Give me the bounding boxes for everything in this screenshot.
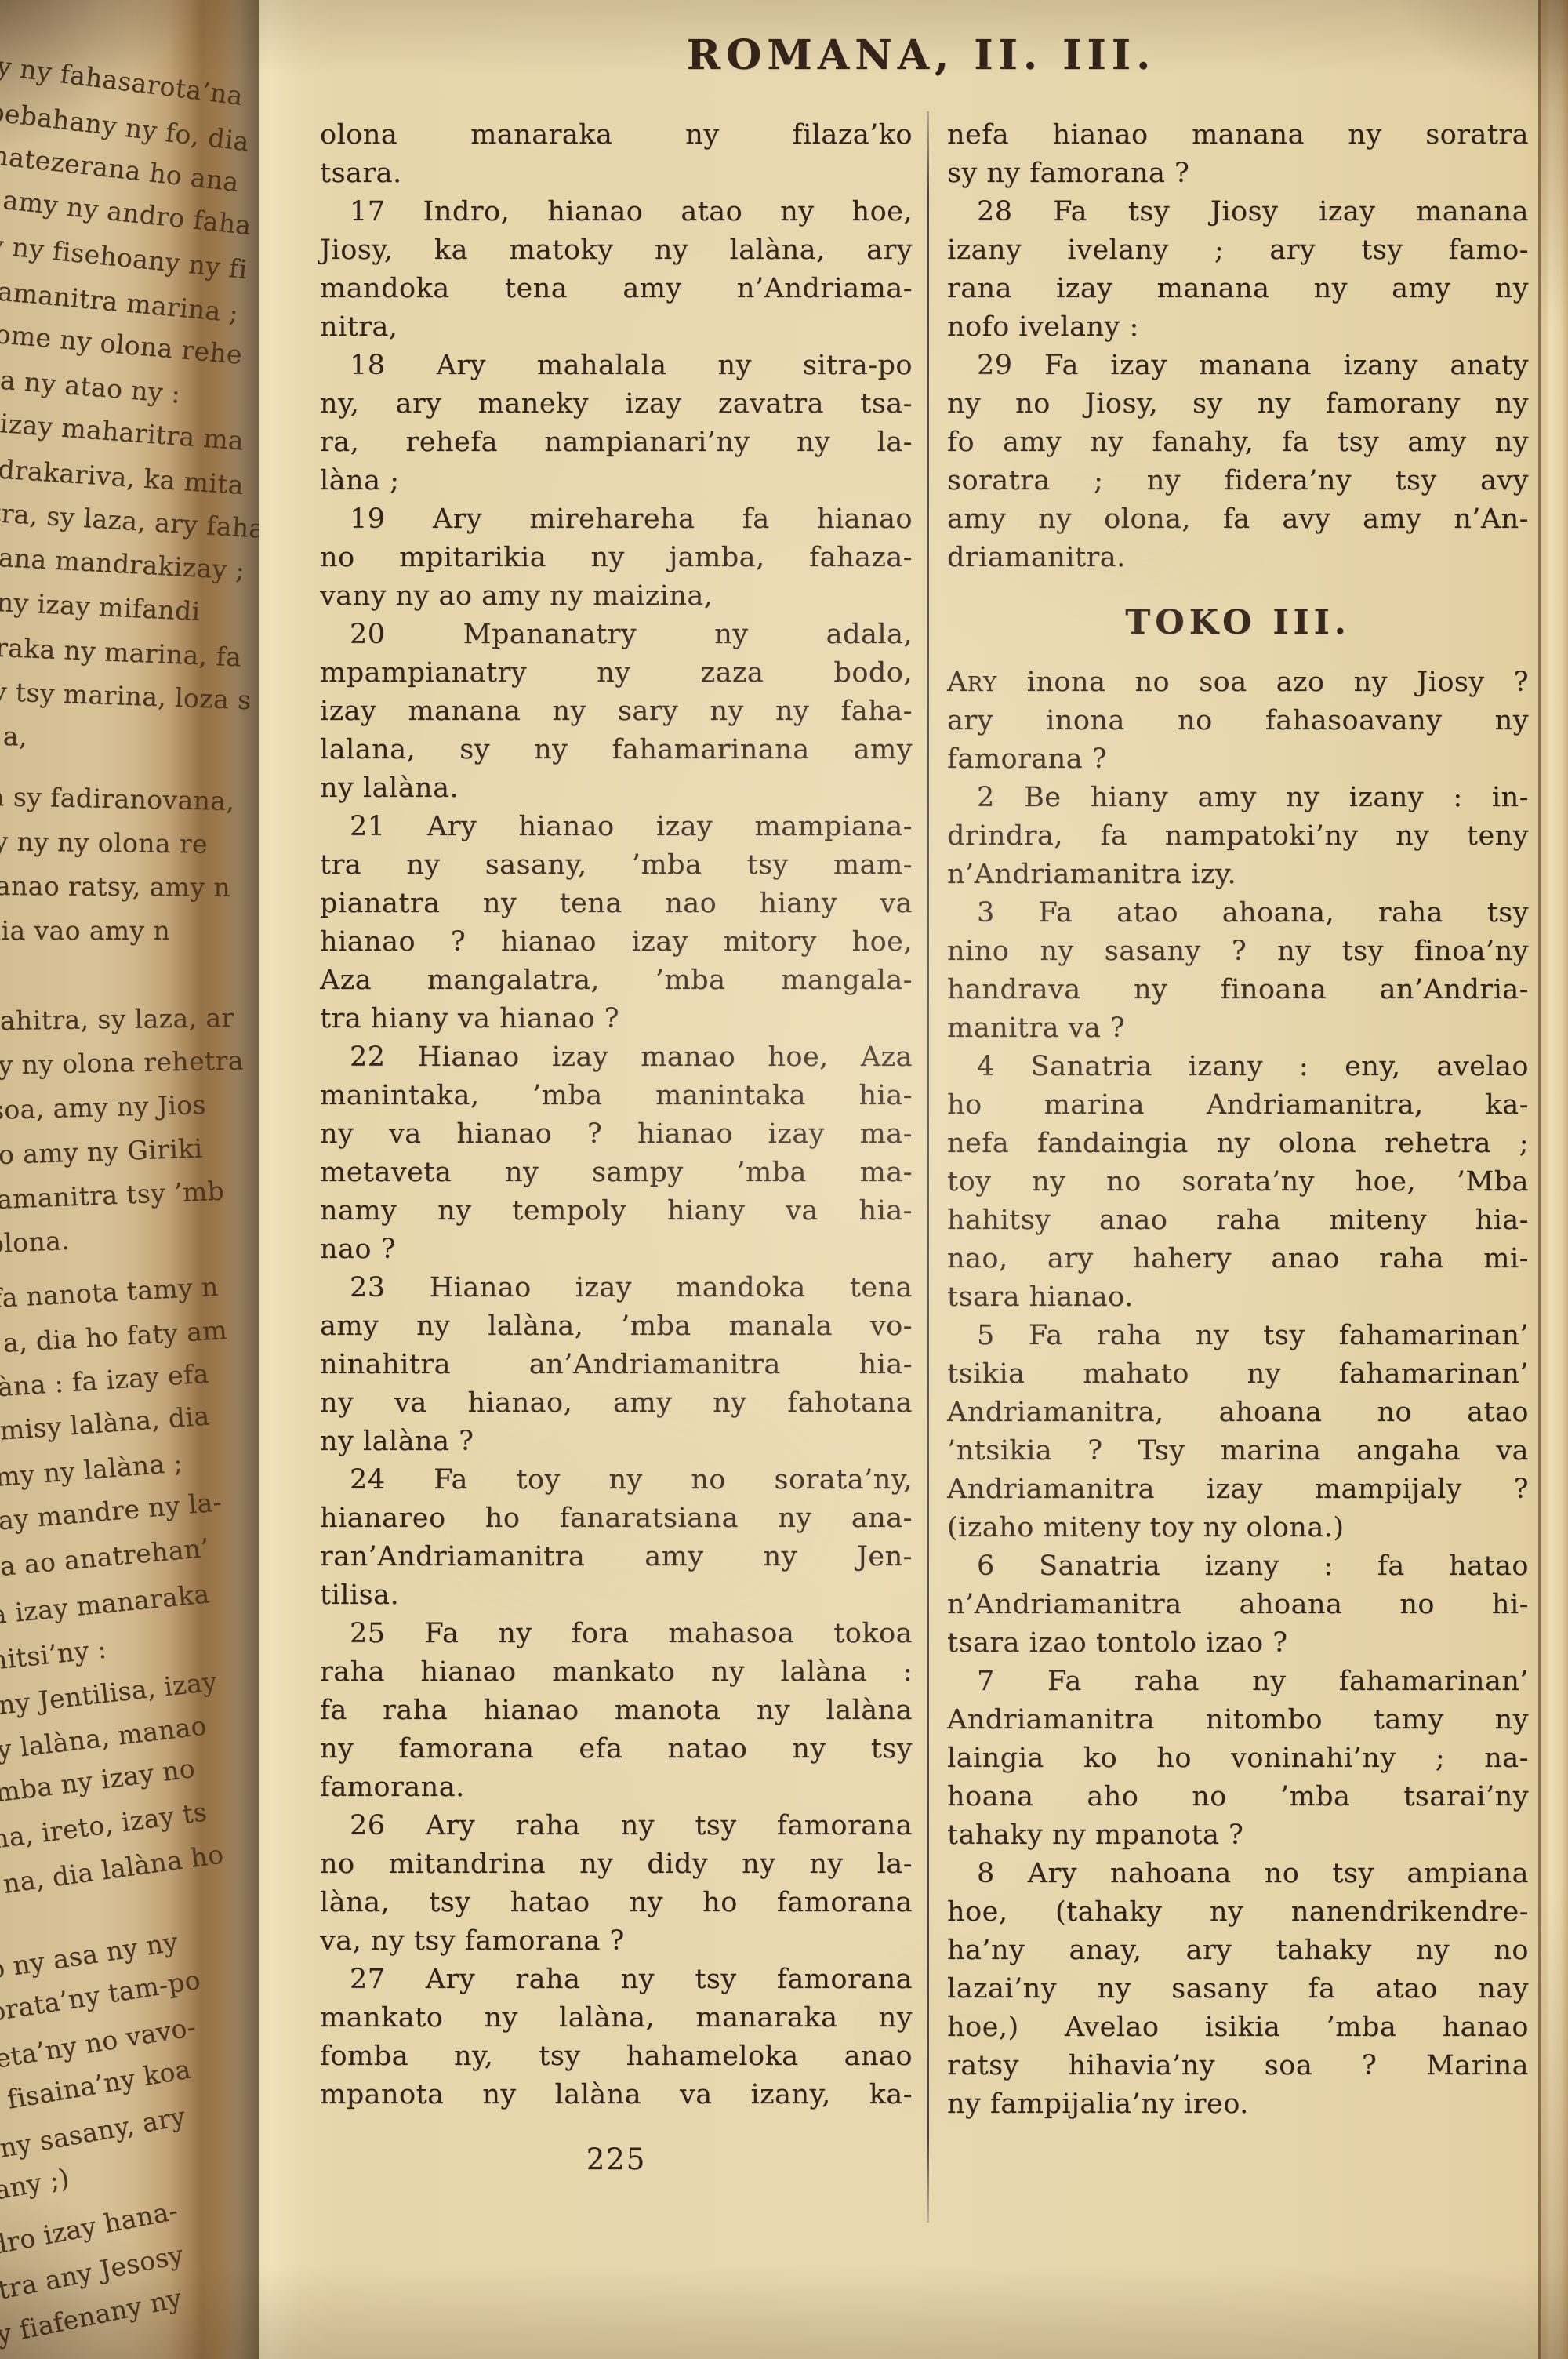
verse-start-line: 4 Sanatria izany : eny, avelao xyxy=(947,1048,1529,1086)
verse-start-line: 17 Indro, hianao atao ny hoe, xyxy=(320,193,913,231)
text-line: sy ny famorana ? xyxy=(947,154,1529,193)
verse-start-line: 29 Fa izay manana izany anaty xyxy=(947,347,1529,385)
text-line: n’Andriamanitra izy. xyxy=(947,856,1529,894)
text-line: drindra, fa nampatoki’ny ny teny xyxy=(947,817,1529,856)
text-line: ARY inona no soa azo ny Jiosy ? xyxy=(947,663,1529,702)
verse-start-line: 27 Ary raha ny tsy famorana xyxy=(320,1961,913,1999)
text-line: manitra va ? xyxy=(947,1009,1529,1048)
text-line: Andriamanitra nitombo tamy ny xyxy=(947,1701,1529,1739)
text-line: lalana, sy ny fahamarinana amy xyxy=(320,731,913,769)
text-line: ny no Jiosy, sy ny famorany ny xyxy=(947,385,1529,423)
left-column: olona manaraka ny filaza’kotsara.17 Indr… xyxy=(320,116,913,2114)
text-line: mpampianatry ny zaza bodo, xyxy=(320,654,913,692)
verse-start-line: 26 Ary raha ny tsy famorana xyxy=(320,1807,913,1845)
text-line: hahitsy anao raha miteny hia- xyxy=(947,1201,1529,1240)
text-line: tilisa. xyxy=(320,1576,913,1615)
text-line: n’Andriamanitra ahoana no hi- xyxy=(947,1586,1529,1624)
text-line: mankato ny lalàna, manaraka ny xyxy=(320,1999,913,2037)
text-line: nefa hianao manana ny soratra xyxy=(947,116,1529,154)
verse-start-line: 22 Hianao izay manao hoe, Aza xyxy=(320,1038,913,1077)
text-line: no mitandrina ny didy ny ny la- xyxy=(320,1845,913,1884)
verse-start-line: 2 Be hiany amy ny izany : in- xyxy=(947,779,1529,817)
text-line: ny va hianao, amy ny fahotana xyxy=(320,1384,913,1423)
text-line: driamanitra. xyxy=(947,539,1529,577)
text-line: raha hianao mankato ny lalàna : xyxy=(320,1653,913,1692)
text-line: ’ntsikia ? Tsy marina angaha va xyxy=(947,1432,1529,1470)
gutter-page-curl: y ny fahasarota’naibebahany ny fo, diaha… xyxy=(0,0,259,2359)
text-line: (izaho miteny toy ny olona.) xyxy=(947,1509,1529,1547)
verse-start-line: 25 Fa ny fora mahasoa tokoa xyxy=(320,1615,913,1653)
page-header: ROMANA, II. III. xyxy=(314,31,1529,79)
verse-start-line: 24 Fa toy ny no sorata’ny, xyxy=(320,1461,913,1499)
verse-start-line: 23 Hianao izay mandoka tena xyxy=(320,1269,913,1307)
text-line: ny fampijalia’ny ireo. xyxy=(947,2085,1529,2124)
text-line: famorana. xyxy=(320,1768,913,1807)
text-line: hoe, (tahaky ny nanendrikendre- xyxy=(947,1893,1529,1932)
text-line: nefa fandaingia ny olona rehetra ; xyxy=(947,1125,1529,1163)
text-line: famorana ? xyxy=(947,740,1529,779)
text-line: nofo ivelany : xyxy=(947,308,1529,347)
text-line: ny famorana efa natao ny tsy xyxy=(320,1730,913,1768)
page-number: 225 xyxy=(320,2143,913,2176)
page-edge-shading xyxy=(1538,0,1568,2359)
verse-start-line: 20 Mpananatry ny adala, xyxy=(320,616,913,654)
column-divider xyxy=(927,111,929,2223)
text-line: vany ny ao amy ny maizina, xyxy=(320,577,913,616)
text-line: tsara izao tontolo izao ? xyxy=(947,1624,1529,1663)
gutter-fold-shadow xyxy=(0,0,259,2359)
text-line: fo amy ny fanahy, fa tsy amy ny xyxy=(947,423,1529,462)
text-line: ra, rehefa nampianari’ny ny la- xyxy=(320,423,913,462)
text-line: laingia ko ho voninahi’ny ; na- xyxy=(947,1739,1529,1778)
text-line: tsara. xyxy=(320,154,913,193)
book-page: ROMANA, II. III. olona manaraka ny filaz… xyxy=(259,0,1568,2359)
text-line: Aza mangalatra, ’mba mangala- xyxy=(320,961,913,1000)
verse-start-line: 28 Fa tsy Jiosy izay manana xyxy=(947,193,1529,231)
text-line: nino ny sasany ? ny tsy finoa’ny xyxy=(947,932,1529,971)
chapter-heading: TOKO III. xyxy=(947,601,1529,645)
text-line: tsikia mahato ny fahamarinan’ xyxy=(947,1355,1529,1394)
verse-start-line: 6 Sanatria izany : fa hatao xyxy=(947,1547,1529,1586)
text-line: manintaka, ’mba manintaka hia- xyxy=(320,1077,913,1115)
text-line: fomba ny, tsy hahameloka anao xyxy=(320,2037,913,2076)
verse-start-line: 3 Fa atao ahoana, raha tsy xyxy=(947,894,1529,932)
book-photo: y ny fahasarota’naibebahany ny fo, diaha… xyxy=(0,0,1568,2359)
text-line: hianareo ho fanaratsiana ny ana- xyxy=(320,1499,913,1538)
text-line: ny lalàna ? xyxy=(320,1423,913,1461)
text-line: nao ? xyxy=(320,1230,913,1269)
text-line: hoana aho no ’mba tsarai’ny xyxy=(947,1778,1529,1816)
text-line: olona manaraka ny filaza’ko xyxy=(320,116,913,154)
text-line: mandoka tena amy n’Andriama- xyxy=(320,270,913,308)
text-line: va, ny tsy famorana ? xyxy=(320,1922,913,1961)
text-line: tsara hianao. xyxy=(947,1278,1529,1317)
text-line: izay manana ny sary ny ny faha- xyxy=(320,692,913,731)
text-line: làna, tsy hatao ny ho famorana xyxy=(320,1884,913,1922)
text-line: no mpitarikia ny jamba, fahaza- xyxy=(320,539,913,577)
text-line: namy ny tempoly hiany va hia- xyxy=(320,1192,913,1230)
text-line: pianatra ny tena nao hiany va xyxy=(320,885,913,923)
text-line: mpanota ny lalàna va izany, ka- xyxy=(320,2076,913,2114)
text-line: ny lalàna. xyxy=(320,769,913,808)
text-line: tahaky ny mpanota ? xyxy=(947,1816,1529,1855)
verse-start-line: 21 Ary hianao izay mampiana- xyxy=(320,808,913,846)
verse-start-line: 18 Ary mahalala ny sitra-po xyxy=(320,347,913,385)
text-line: ratsy hihavia’ny soa ? Marina xyxy=(947,2047,1529,2085)
text-line: nao, ary hahery anao raha mi- xyxy=(947,1240,1529,1278)
text-line: làna ; xyxy=(320,462,913,500)
text-line: handrava ny finoana an’Andria- xyxy=(947,971,1529,1009)
text-line: toy ny no sorata’ny hoe, ’Mba xyxy=(947,1163,1529,1201)
text-line: ary inona no fahasoavany ny xyxy=(947,702,1529,740)
verse-start-line: 5 Fa raha ny tsy fahamarinan’ xyxy=(947,1317,1529,1355)
text-line: izany ivelany ; ary tsy famo- xyxy=(947,231,1529,270)
text-line: ny, ary maneky izay zavatra tsa- xyxy=(320,385,913,423)
text-line: Andriamanitra izay mampijaly ? xyxy=(947,1470,1529,1509)
text-line: metaveta ny sampy ’mba ma- xyxy=(320,1154,913,1192)
text-line: amy ny olona, fa avy amy n’An- xyxy=(947,500,1529,539)
text-line: ha’ny anay, ary tahaky ny no xyxy=(947,1932,1529,1970)
text-line: hianao ? hianao izay mitory hoe, xyxy=(320,923,913,961)
verse-start-line: 19 Ary mirehareha fa hianao xyxy=(320,500,913,539)
text-line: Andriamanitra, ahoana no atao xyxy=(947,1394,1529,1432)
text-line: tra ny sasany, ’mba tsy mam- xyxy=(320,846,913,885)
text-line: soratra ; ny fidera’ny tsy avy xyxy=(947,462,1529,500)
text-line: ho marina Andriamanitra, ka- xyxy=(947,1086,1529,1125)
text-line: amy ny lalàna, ’mba manala vo- xyxy=(320,1307,913,1346)
text-line: nitra, xyxy=(320,308,913,347)
text-line: fa raha hianao manota ny lalàna xyxy=(320,1692,913,1730)
text-line: Jiosy, ka matoky ny lalàna, ary xyxy=(320,231,913,270)
text-line: lazai’ny ny sasany fa atao nay xyxy=(947,1970,1529,2008)
text-line: tra hiany va hianao ? xyxy=(320,1000,913,1038)
smallcaps-lead-word: ARY xyxy=(947,667,998,698)
text-line: hoe,) Avelao isikia ’mba hanao xyxy=(947,2008,1529,2047)
verse-start-line: 7 Fa raha ny fahamarinan’ xyxy=(947,1663,1529,1701)
text-line: ran’Andriamanitra amy ny Jen- xyxy=(320,1538,913,1576)
right-column: nefa hianao manana ny soratrasy ny famor… xyxy=(947,116,1529,2124)
verse-start-line: 8 Ary nahoana no tsy ampiana xyxy=(947,1855,1529,1893)
text-line: ninahitra an’Andriamanitra hia- xyxy=(320,1346,913,1384)
text-line: ny va hianao ? hianao izay ma- xyxy=(320,1115,913,1154)
text-line: rana izay manana ny amy ny xyxy=(947,270,1529,308)
